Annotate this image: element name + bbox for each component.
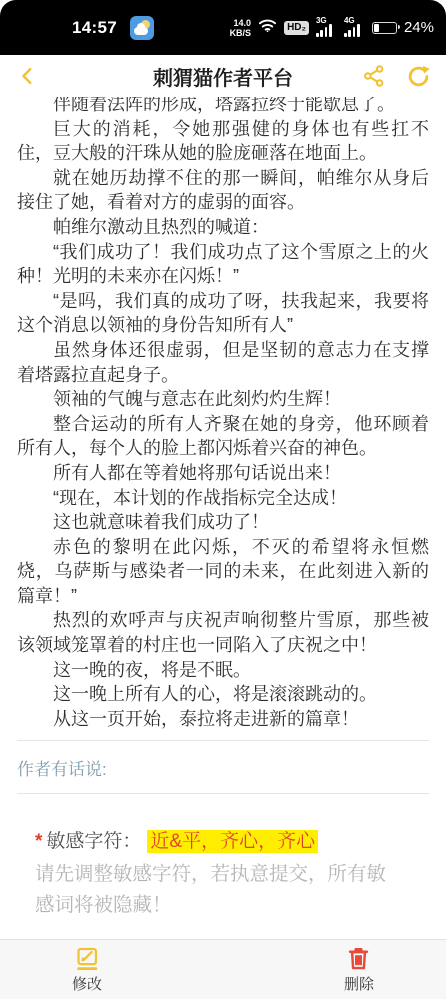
refresh-icon: [406, 64, 431, 89]
status-bar-left: 14:57: [72, 16, 154, 40]
delete-button[interactable]: 删除: [344, 945, 374, 994]
sim2-signal-icon: 4G: [344, 17, 365, 39]
paragraph: 这一晚的夜，将是不眠。: [17, 658, 429, 683]
cloud-icon: [134, 27, 148, 35]
sensitive-words-line: *敏感字符：近&平，齐心，齐心: [35, 826, 401, 853]
author-note-label: 作者有话说:: [17, 755, 429, 780]
network-speed: 14.0 KB/S: [230, 18, 252, 38]
paragraph: 赤色的黎明在此闪烁，不灭的希望将永恒燃烧，乌萨斯与感染者一同的未来，在此刻进入新…: [17, 535, 429, 609]
section-divider: [17, 793, 429, 794]
back-button[interactable]: [14, 62, 42, 90]
bottom-toolbar: 修改 删除: [0, 939, 446, 999]
sensitive-words-highlight: 近&平，齐心，齐心: [147, 830, 318, 853]
paragraph: 就在她历劫撑不住的那一瞬间，帕维尔从身后接住了她，看着对方的虚弱的面容。: [17, 166, 429, 215]
sensitive-words-block: *敏感字符：近&平，齐心，齐心 请先调整敏感字符，若执意提交，所有敏感词将被隐藏…: [17, 826, 429, 921]
edit-button-label: 修改: [72, 973, 102, 994]
wifi-icon: [258, 17, 277, 38]
weather-app-icon: [130, 16, 154, 40]
phone-screen: 14:57 14.0 KB/S HD₂ 3G: [0, 0, 446, 999]
battery-icon: [372, 22, 397, 34]
network-speed-unit: KB/S: [230, 28, 252, 38]
paragraph: 热烈的欢呼声与庆祝声响彻整片雪原，那些被该领域笼罩着的村庄也一同陷入了庆祝之中！: [17, 608, 429, 657]
paragraph: 从这一页开始，泰拉将走进新的篇章！: [17, 707, 429, 732]
paragraph: 虽然身体还很虚弱，但是坚韧的意志力在支撑着塔露拉直起身子。: [17, 338, 429, 387]
share-button[interactable]: [360, 62, 388, 90]
volte-hd-badge: HD₂: [284, 21, 309, 35]
edit-button[interactable]: 修改: [72, 945, 102, 994]
nav-bar: 刺猬猫作者平台: [0, 55, 446, 97]
edit-icon: [74, 945, 101, 972]
paragraph: “是吗，我们真的成功了呀，扶我起来，我要将这个消息以领袖的身份告知所有人”: [17, 289, 429, 338]
paragraph: 巨大的消耗，令她那强健的身体也有些扛不住，豆大般的汗珠从她的脸庞砸落在地面上。: [17, 117, 429, 166]
paragraph: “现在，本计划的作战指标完全达成！: [17, 486, 429, 511]
paragraph: 这一晚上所有人的心，将是滚滚跳动的。: [17, 682, 429, 707]
sensitive-words-label: 敏感字符：: [46, 831, 141, 852]
required-asterisk: *: [35, 831, 42, 852]
status-bar-right: 14.0 KB/S HD₂ 3G 4G 24%: [230, 17, 434, 39]
paragraph: 整合运动的所有人齐聚在她的身旁，他环顾着所有人，每个人的脸上都闪烁着兴奋的神色。: [17, 412, 429, 461]
paragraph: 帕维尔激动且热烈的喊道：: [17, 215, 429, 240]
paragraph: 领袖的气魄与意志在此刻灼灼生辉！: [17, 387, 429, 412]
delete-button-label: 删除: [344, 973, 374, 994]
paragraph: 所有人都在等着她将那句话说出来！: [17, 461, 429, 486]
battery-percent: 24%: [404, 19, 434, 36]
sim1-signal-icon: 3G: [316, 17, 337, 39]
chapter-text-area[interactable]: 伴随着法阵的形成，塔露拉终于能歇息了。 巨大的消耗，令她那强健的身体也有些扛不住…: [0, 92, 446, 921]
paragraph: 这也就意味着我们成功了！: [17, 510, 429, 535]
section-divider: [17, 740, 429, 741]
refresh-button[interactable]: [404, 62, 432, 90]
sensitive-warning-text: 请先调整敏感字符，若执意提交，所有敏感词将被隐藏！: [35, 859, 401, 921]
trash-icon: [345, 945, 372, 972]
paragraph: “我们成功了！我们成功点了这个雪原之上的火种！光明的未来亦在闪烁！”: [17, 240, 429, 289]
share-icon: [362, 64, 386, 88]
status-bar: 14:57 14.0 KB/S HD₂ 3G: [0, 0, 446, 55]
clock: 14:57: [72, 18, 117, 38]
network-speed-value: 14.0: [234, 18, 252, 28]
chevron-left-icon: [17, 65, 39, 87]
